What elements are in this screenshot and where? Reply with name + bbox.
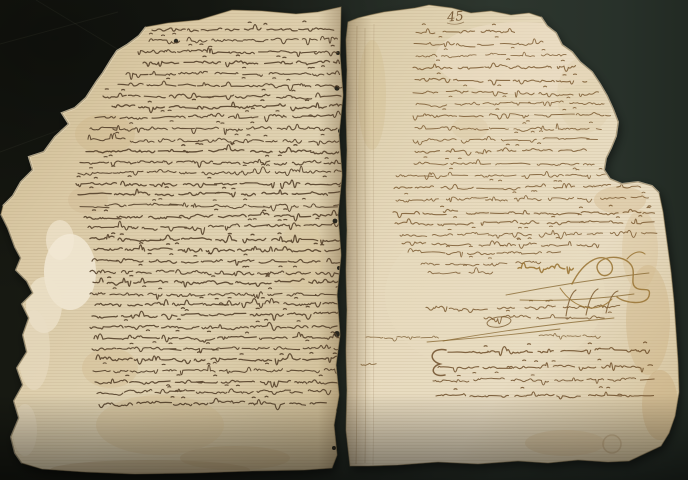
- wormhole: [332, 446, 336, 450]
- paper-stain: [68, 186, 108, 214]
- manuscript-scan: 45: [0, 0, 688, 480]
- paper-stain: [280, 219, 324, 291]
- wormhole: [333, 219, 338, 224]
- paper-stain: [157, 73, 233, 103]
- paper-stain: [75, 114, 135, 154]
- paper-stain: [525, 430, 605, 456]
- paper-stain: [594, 186, 646, 214]
- paper-stain: [46, 220, 74, 260]
- manuscript-scan-viewer: 45: [0, 0, 688, 480]
- ring-stain: [603, 435, 621, 453]
